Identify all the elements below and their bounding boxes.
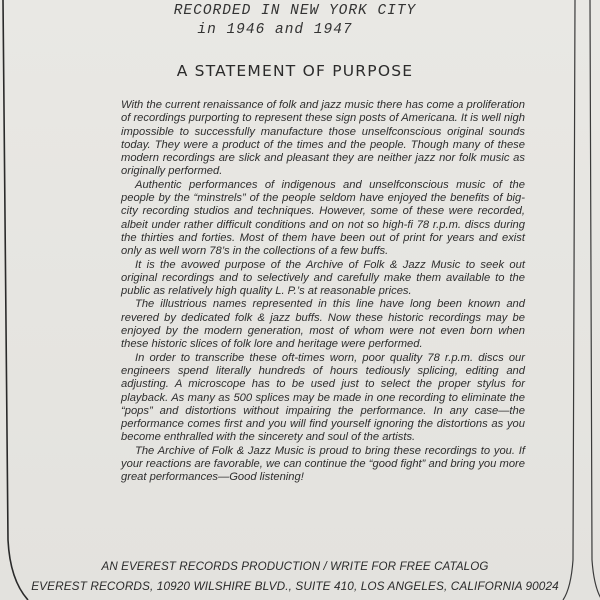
paragraph-2: Authentic performances of indigenous and… <box>121 179 525 259</box>
paragraph-4: The illustrious names represented in thi… <box>121 298 525 351</box>
production-credit: AN EVEREST RECORDS PRODUCTION / WRITE FO… <box>0 560 590 573</box>
paragraph-1: With the current renaissance of folk and… <box>121 99 525 179</box>
subtitle-recorded-years: in 1946 and 1947 <box>0 22 570 38</box>
paragraph-6: The Archive of Folk & Jazz Music is prou… <box>121 445 525 485</box>
paragraph-3: It is the avowed purpose of the Archive … <box>121 259 525 299</box>
paragraph-5: In order to transcribe these oft-times w… <box>121 352 525 445</box>
page-title: A STATEMENT OF PURPOSE <box>0 62 590 80</box>
statement-body: With the current renaissance of folk and… <box>121 99 525 485</box>
label-address: EVEREST RECORDS, 10920 WILSHIRE BLVD., S… <box>0 579 590 593</box>
album-back-cover: RECORDED IN NEW YORK CITY in 1946 and 19… <box>0 0 600 600</box>
subtitle-recorded-location: RECORDED IN NEW YORK CITY <box>0 3 590 19</box>
